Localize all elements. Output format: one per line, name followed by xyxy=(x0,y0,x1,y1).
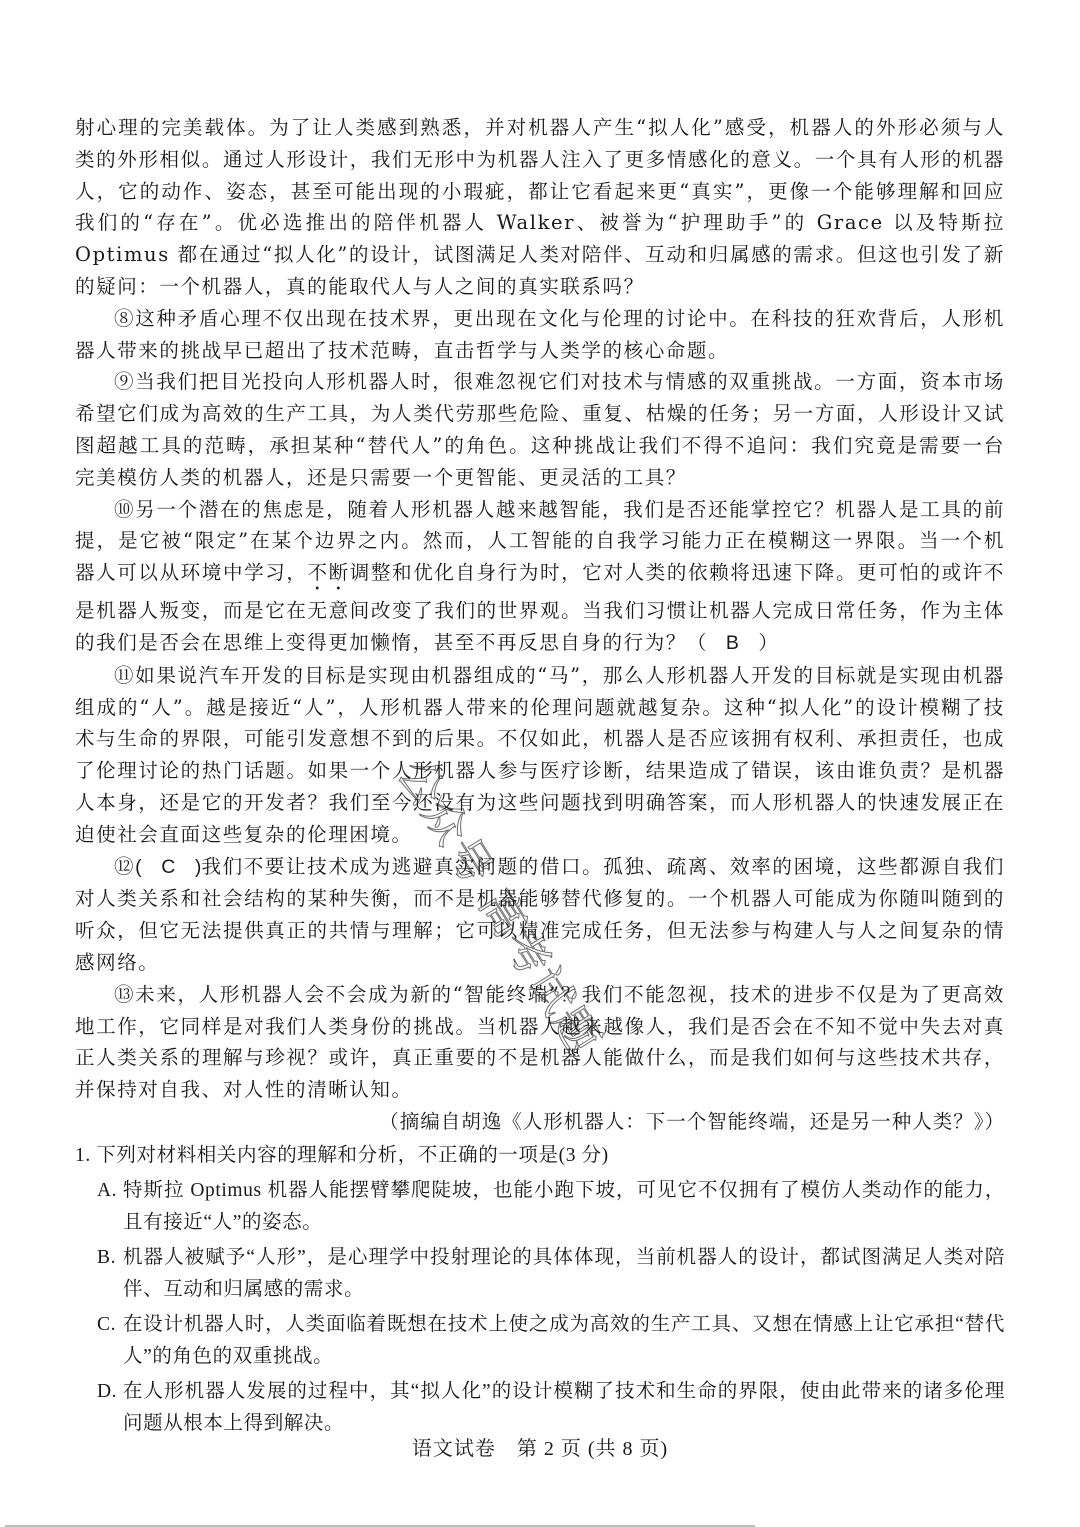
paragraph-12-number: ⑫ xyxy=(114,855,135,878)
paragraph-10: ⑩另一个潜在的焦虑是，随着人形机器人越来越智能，我们是否还能掌控它？机器人是工具… xyxy=(75,494,1005,660)
option-letter: B. xyxy=(97,1242,123,1305)
option-text: 在人形机器人发展的过程中，其“拟人化”的设计模糊了技术和生命的界限，使由此带来的… xyxy=(123,1376,1005,1439)
paragraph-8: ⑧这种矛盾心理不仅出现在技术界，更出现在文化与伦理的讨论中。在科技的狂欢背后，人… xyxy=(75,303,1005,367)
question-stem: 1. 下列对材料相关内容的理解和分析，不正确的一项是(3 分) xyxy=(75,1140,1005,1172)
option-text: 特斯拉 Optimus 机器人能摆臂攀爬陡坡，也能小跑下坡，可见它不仅拥有了模仿… xyxy=(123,1175,1005,1238)
question-1: 1. 下列对材料相关内容的理解和分析，不正确的一项是(3 分) A. 特斯拉 O… xyxy=(75,1140,1005,1440)
page-footer: 语文试卷 第 2 页 (共 8 页) xyxy=(0,1432,1080,1461)
citation: （摘编自胡逸《人形机器人：下一个智能终端，还是另一种人类？》） xyxy=(75,1106,1005,1138)
option-d: D. 在人形机器人发展的过程中，其“拟人化”的设计模糊了技术和生命的界限，使由此… xyxy=(75,1376,1005,1439)
paragraph-9: ⑨当我们把目光投向人形机器人时，很难忽视它们对技术与情感的双重挑战。一方面，资本… xyxy=(75,366,1005,493)
option-b: B. 机器人被赋予“人形”，是心理学中投射理论的具体体现，当前机器人的设计，都试… xyxy=(75,1242,1005,1305)
answer-blank-b: （ B ） xyxy=(687,632,778,654)
exam-page: 射心理的完美载体。为了让人类感到熟悉，并对机器人产生“拟人化”感受，机器人的外形… xyxy=(75,112,1005,1439)
option-text: 在设计机器人时，人类面临着既想在技术上使之成为高效的生产工具、又想在情感上让它承… xyxy=(123,1309,1005,1372)
option-a: A. 特斯拉 Optimus 机器人能摆臂攀爬陡坡，也能小跑下坡，可见它不仅拥有… xyxy=(75,1175,1005,1238)
option-letter: D. xyxy=(97,1376,123,1439)
emphasized-word: 不断 xyxy=(308,561,350,584)
paragraph-11: ⑪如果说汽车开发的目标是实现由机器组成的“马”，那么人形机器人开发的目标就是实现… xyxy=(75,660,1005,851)
option-text: 机器人被赋予“人形”，是心理学中投射理论的具体体现，当前机器人的设计，都试图满足… xyxy=(123,1242,1005,1305)
option-letter: C. xyxy=(97,1309,123,1372)
answer-blank-c: ( C ) xyxy=(135,856,201,878)
option-c: C. 在设计机器人时，人类面临着既想在技术上使之成为高效的生产工具、又想在情感上… xyxy=(75,1309,1005,1372)
paragraph-12-text: 我们不要让技术成为逃避真实问题的借口。孤独、疏离、效率的困境，这些都源自我们对人… xyxy=(75,855,1005,974)
option-letter: A. xyxy=(97,1175,123,1238)
paragraph-13: ⑬未来，人形机器人会不会成为新的“智能终端”？我们不能忽视，技术的进步不仅是为了… xyxy=(75,979,1005,1106)
passage-continuation: 射心理的完美载体。为了让人类感到熟悉，并对机器人产生“拟人化”感受，机器人的外形… xyxy=(75,112,1005,303)
paragraph-12: ⑫( C )我们不要让技术成为逃避真实问题的借口。孤独、疏离、效率的困境，这些都… xyxy=(75,851,1005,979)
